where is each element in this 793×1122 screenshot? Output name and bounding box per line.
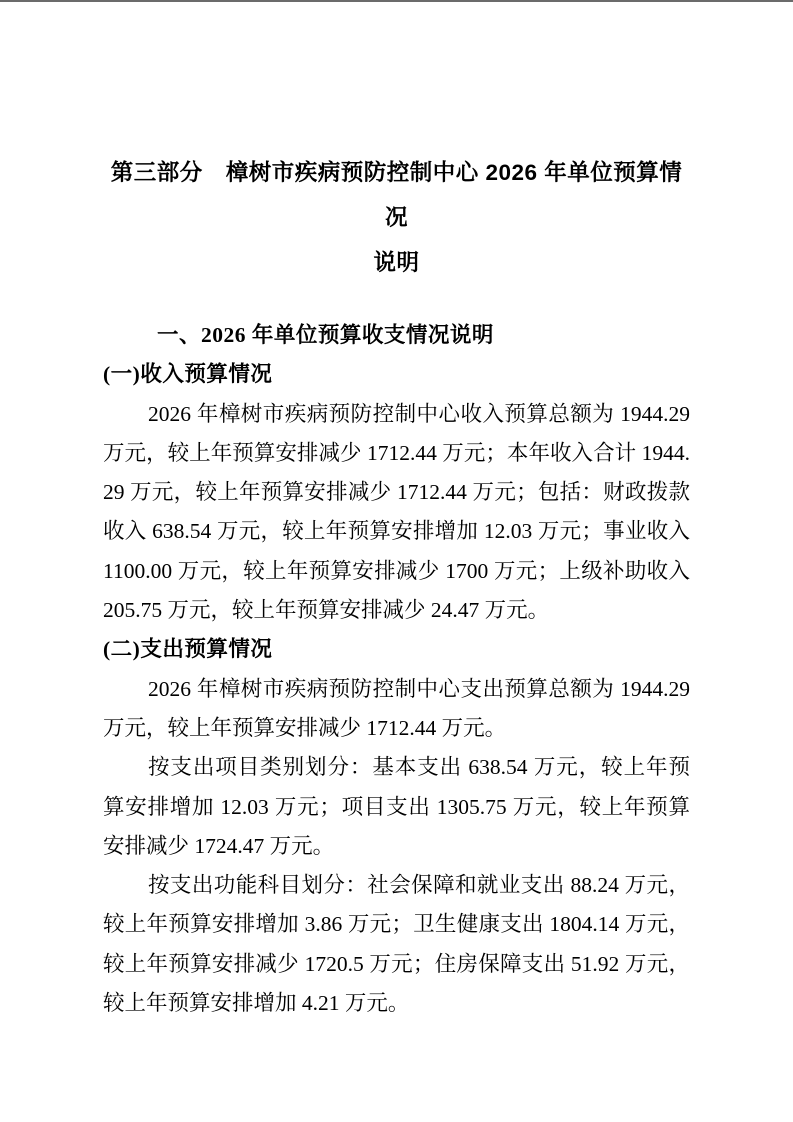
subsection-heading-expenditure-budget: (二)支出预算情况 — [103, 630, 690, 669]
income-budget-paragraph: 2026 年樟树市疾病预防控制中心收入预算总额为 1944.29 万元，较上年预… — [103, 395, 690, 631]
document-page: 第三部分 樟树市疾病预防控制中心 2026 年单位预算情况 说明 一、2026 … — [0, 0, 793, 1122]
document-title-line-2: 说明 — [103, 240, 690, 285]
section-heading-budget-overview: 一、2026 年单位预算收支情况说明 — [103, 316, 690, 355]
expenditure-by-category-paragraph: 按支出项目类别划分：基本支出 638.54 万元，较上年预算安排增加 12.03… — [103, 748, 690, 866]
document-title-line-1: 第三部分 樟树市疾病预防控制中心 2026 年单位预算情况 — [103, 150, 690, 240]
expenditure-by-function-paragraph: 按支出功能科目划分：社会保障和就业支出 88.24 万元，较上年预算安排增加 3… — [103, 866, 690, 1023]
expenditure-total-paragraph: 2026 年樟树市疾病预防控制中心支出预算总额为 1944.29 万元，较上年预… — [103, 670, 690, 749]
document-title: 第三部分 樟树市疾病预防控制中心 2026 年单位预算情况 说明 — [103, 150, 690, 285]
document-content: 第三部分 樟树市疾病预防控制中心 2026 年单位预算情况 说明 一、2026 … — [0, 2, 793, 1122]
subsection-heading-income-budget: (一)收入预算情况 — [103, 355, 690, 394]
